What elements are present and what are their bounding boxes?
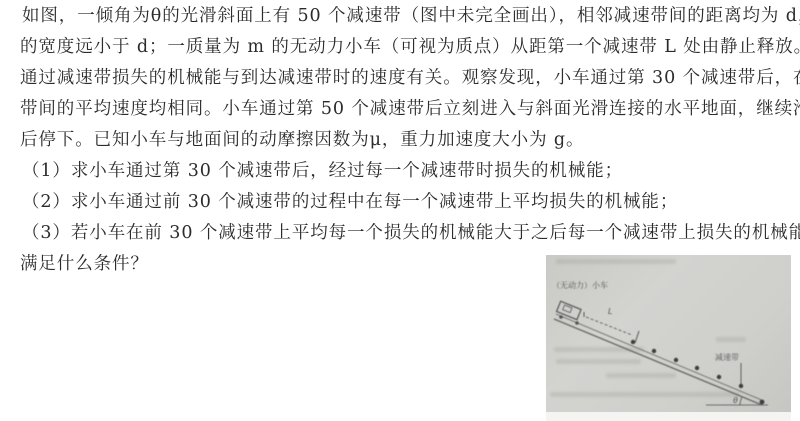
question-1: （1）求小车通过第 30 个减速带后，经过每一个减速带时损失的机械能；	[22, 159, 623, 183]
question-2: （2）求小车通过前 30 个减速带的过程中在每一个减速带上平均损失的机械能；	[22, 190, 678, 214]
problem-line-3: 通过减速带损失的机械能与到达减速带时的速度有关。观察发现，小车通过第 30 个减…	[20, 66, 800, 90]
incline-drawing	[546, 255, 791, 412]
problem-line-5: 后停下。已知小车与地面间的动摩擦因数为μ，重力加速度大小为 g。	[20, 128, 584, 152]
problem-line-2: 的宽度远小于 d；一质量为 m 的无动力小车（可视为质点）从距第一个减速带 L …	[20, 35, 800, 59]
problem-line-4: 带间的平均速度均相同。小车通过第 50 个减速带后立刻进入与斜面光滑连接的水平地…	[20, 97, 800, 121]
question-3-continued: 满足什么条件？	[20, 252, 149, 276]
incline-diagram-photo: （无动力）小车 L 减速带 θ	[546, 255, 791, 412]
question-3: （3）若小车在前 30 个减速带上平均每一个损失的机械能大于之后每一个减速带上损…	[22, 221, 800, 245]
problem-line-1: 如图，一倾角为θ的光滑斜面上有 50 个减速带（图中未完全画出），相邻减速带间的…	[22, 4, 800, 28]
figure-bottom-margin	[546, 412, 791, 421]
